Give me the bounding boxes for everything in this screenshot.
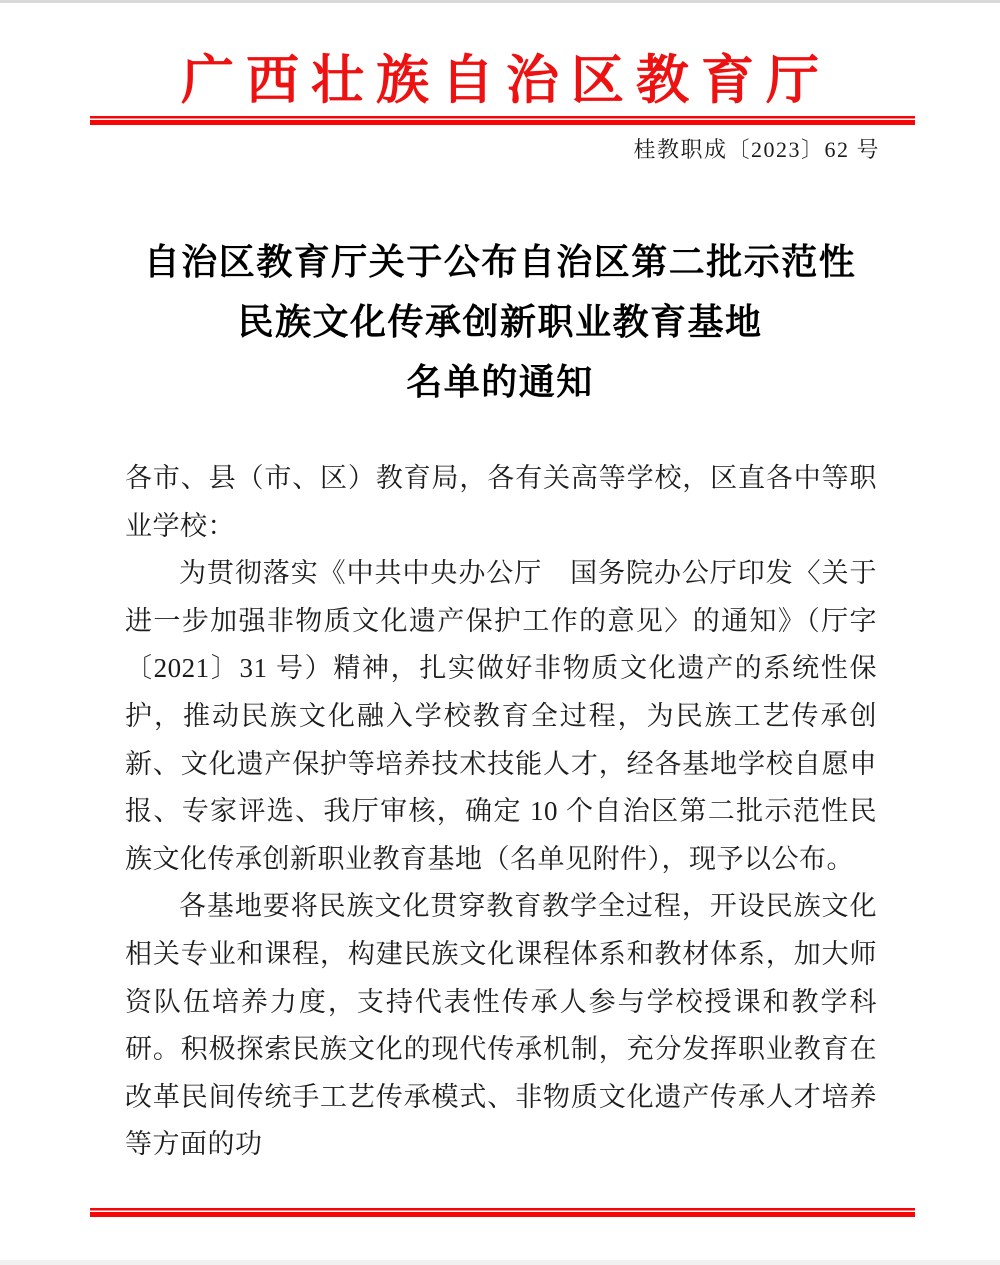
document-page: 广西壮族自治区教育厅 桂教职成〔2023〕62 号 自治区教育厅关于公布自治区第… (0, 0, 1000, 1265)
notice-title-line-1: 自治区教育厅关于公布自治区第二批示范性 (0, 232, 1000, 292)
salutation-line: 各市、县（市、区）教育局，各有关高等学校，区直各中等职业学校： (125, 455, 877, 550)
issuing-agency-title: 广西壮族自治区教育厅 (0, 38, 1000, 114)
notice-title: 自治区教育厅关于公布自治区第二批示范性 民族文化传承创新职业教育基地 名单的通知 (0, 232, 1000, 412)
page-top-edge (0, 0, 1000, 3)
header-red-rule (90, 116, 915, 125)
footer-red-rule (90, 1208, 915, 1217)
notice-title-line-2: 民族文化传承创新职业教育基地 (0, 292, 1000, 352)
document-number: 桂教职成〔2023〕62 号 (633, 133, 880, 164)
document-body: 各市、县（市、区）教育局，各有关高等学校，区直各中等职业学校： 为贯彻落实《中共… (125, 455, 877, 1169)
page-bottom-edge (0, 1260, 1000, 1265)
paragraph-2: 各基地要将民族文化贯穿教育教学全过程，开设民族文化相关专业和课程，构建民族文化课… (125, 883, 877, 1169)
notice-title-line-3: 名单的通知 (0, 352, 1000, 412)
paragraph-1: 为贯彻落实《中共中央办公厅 国务院办公厅印发〈关于进一步加强非物质文化遗产保护工… (125, 550, 877, 883)
